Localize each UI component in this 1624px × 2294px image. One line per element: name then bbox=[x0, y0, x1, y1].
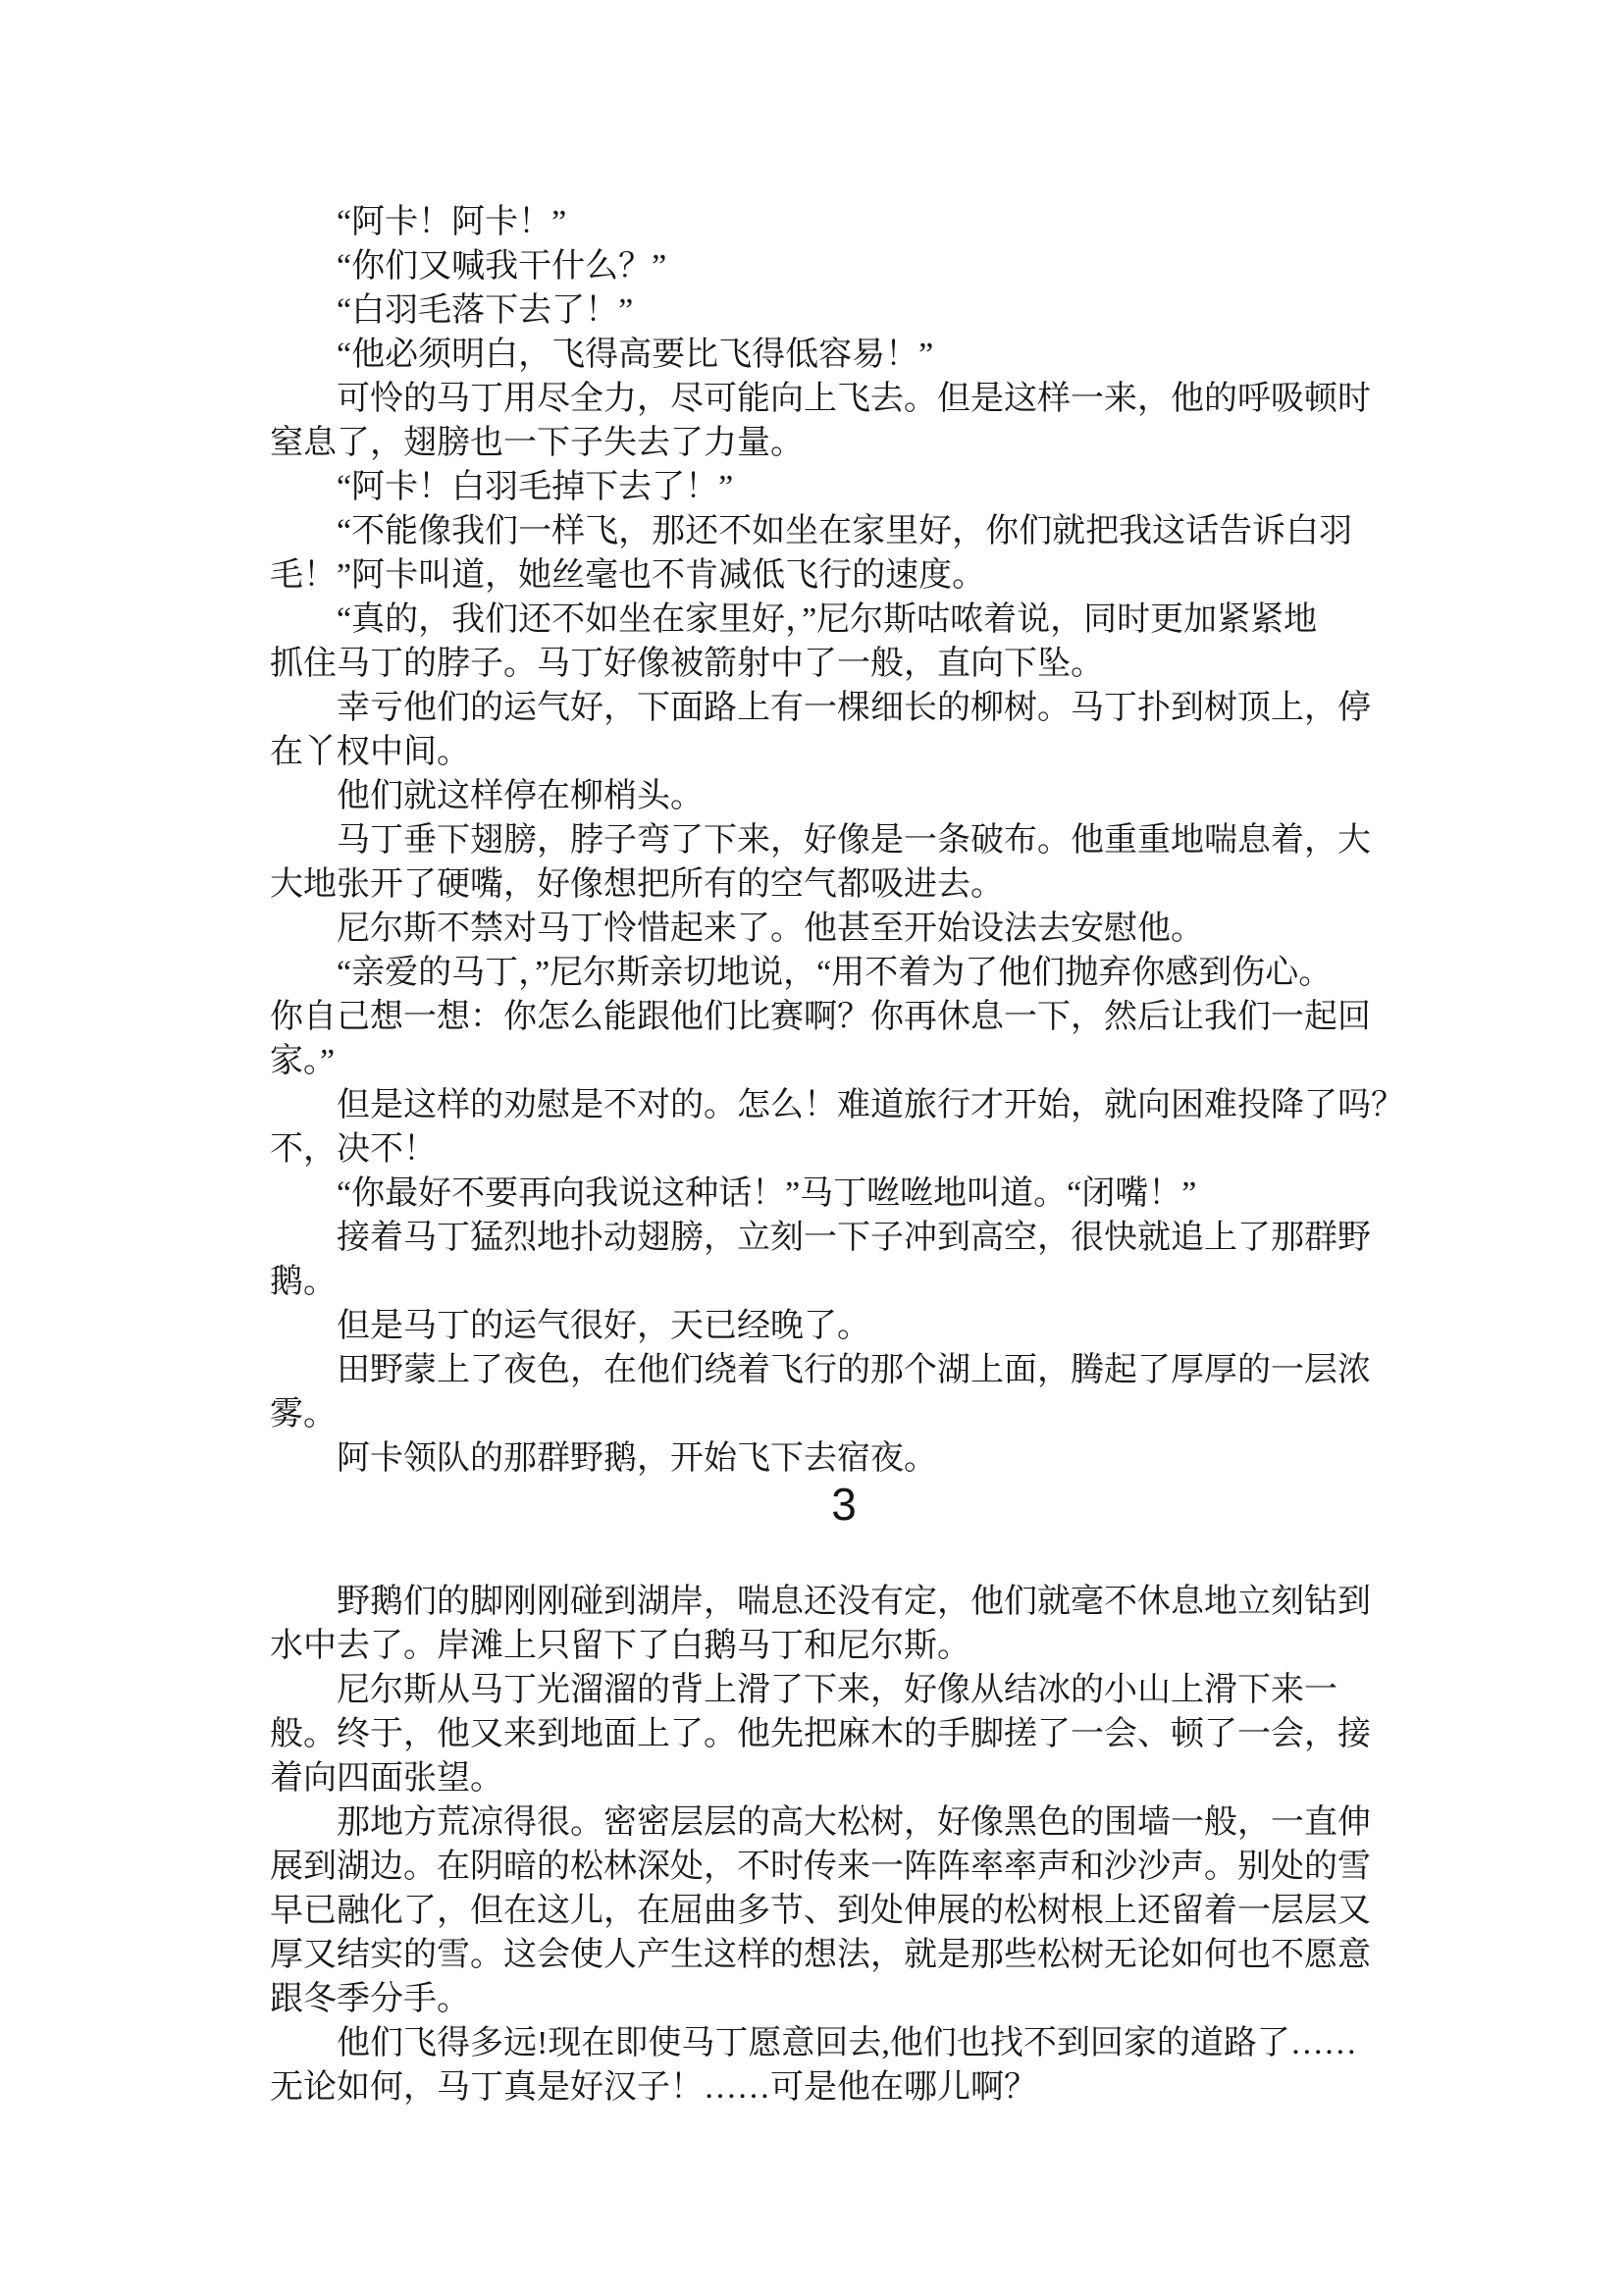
text-line: 跟冬季分手。 bbox=[270, 1977, 1418, 2021]
text-line: 但是这样的劝慰是不对的。怎么！难道旅行才开始，就向困难投降了吗？ bbox=[270, 1083, 1418, 1127]
text-line: 他们飞得多远!现在即使马丁愿意回去,他们也找不到回家的道路了…… bbox=[270, 2021, 1418, 2065]
text-line: “阿卡！阿卡！” bbox=[270, 200, 1418, 244]
text-line: 抓住马丁的脖子。马丁好像被箭射中了一般，直向下坠。 bbox=[270, 642, 1418, 686]
text-line: 幸亏他们的运气好，下面路上有一棵细长的柳树。马丁扑到树顶上，停 bbox=[270, 686, 1418, 730]
text-line: 尼尔斯从马丁光溜溜的背上滑了下来，好像从结冰的小山上滑下来一 bbox=[270, 1668, 1418, 1712]
text-line: 着向四面张望。 bbox=[270, 1756, 1418, 1800]
text-line: 厚又结实的雪。这会使人产生这样的想法，就是那些松树无论如何也不愿意 bbox=[270, 1933, 1418, 1977]
text-line: 般。终于，他又来到地面上了。他先把麻木的手脚搓了一会、顿了一会，接 bbox=[270, 1712, 1418, 1756]
paragraph-block-1: “阿卡！阿卡！”“你们又喊我干什么？”“白羽毛落下去了！”“他必须明白，飞得高要… bbox=[270, 200, 1418, 1481]
text-line: 马丁垂下翅膀，脖子弯了下来，好像是一条破布。他重重地喘息着，大 bbox=[270, 818, 1418, 862]
text-line: 接着马丁猛烈地扑动翅膀，立刻一下子冲到高空，很快就追上了那群野 bbox=[270, 1216, 1418, 1260]
text-line: 水中去了。岸滩上只留下了白鹅马丁和尼尔斯。 bbox=[270, 1624, 1418, 1668]
text-line: 展到湖边。在阴暗的松林深处，不时传来一阵阵率率声和沙沙声。别处的雪 bbox=[270, 1845, 1418, 1889]
text-line: 家。” bbox=[270, 1039, 1418, 1083]
text-line: 可怜的马丁用尽全力，尽可能向上飞去。但是这样一来，他的呼吸顿时 bbox=[270, 377, 1418, 421]
text-line: 在丫杈中间。 bbox=[270, 730, 1418, 774]
text-line: “白羽毛落下去了！” bbox=[270, 288, 1418, 333]
text-line: “你最好不要再向我说这种话！”马丁咝咝地叫道。“闭嘴！” bbox=[270, 1172, 1418, 1216]
text-line: “亲爱的马丁，”尼尔斯亲切地说，“用不着为了他们抛弃你感到伤心。 bbox=[270, 951, 1418, 995]
text-line: 不，决不！ bbox=[270, 1127, 1418, 1172]
document-page: “阿卡！阿卡！”“你们又喊我干什么？”“白羽毛落下去了！”“他必须明白，飞得高要… bbox=[0, 0, 1624, 2294]
text-line: 鹅。 bbox=[270, 1260, 1418, 1304]
text-line: 无论如何，马丁真是好汉子！……可是他在哪儿啊？ bbox=[270, 2065, 1418, 2110]
text-line: “真的，我们还不如坐在家里好，”尼尔斯咕哝着说，同时更加紧紧地 bbox=[270, 598, 1418, 642]
text-line: 窒息了，翅膀也一下子失去了力量。 bbox=[270, 421, 1418, 465]
text-line: 那地方荒凉得很。密密层层的高大松树，好像黑色的围墙一般，一直伸 bbox=[270, 1800, 1418, 1845]
text-line: 毛！”阿卡叫道，她丝毫也不肯减低飞行的速度。 bbox=[270, 553, 1418, 598]
text-line: 田野蒙上了夜色，在他们绕着飞行的那个湖上面，腾起了厚厚的一层浓 bbox=[270, 1348, 1418, 1392]
section-number: 3 bbox=[270, 1482, 1418, 1527]
text-line: 早已融化了，但在这儿，在屈曲多节、到处伸展的松树根上还留着一层层又 bbox=[270, 1889, 1418, 1933]
text-line: 野鹅们的脚刚刚碰到湖岸，喘息还没有定，他们就毫不休息地立刻钻到 bbox=[270, 1580, 1418, 1624]
text-line: 但是马丁的运气很好，天已经晚了。 bbox=[270, 1304, 1418, 1348]
text-line: 尼尔斯不禁对马丁怜惜起来了。他甚至开始设法去安慰他。 bbox=[270, 907, 1418, 951]
text-line: “他必须明白，飞得高要比飞得低容易！” bbox=[270, 333, 1418, 377]
text-line: 他们就这样停在柳梢头。 bbox=[270, 774, 1418, 818]
text-line: 阿卡领队的那群野鹅，开始飞下去宿夜。 bbox=[270, 1436, 1418, 1481]
paragraph-block-2: 野鹅们的脚刚刚碰到湖岸，喘息还没有定，他们就毫不休息地立刻钻到水中去了。岸滩上只… bbox=[270, 1580, 1418, 2110]
text-line: 你自己想一想：你怎么能跟他们比赛啊？你再休息一下，然后让我们一起回 bbox=[270, 995, 1418, 1039]
text-line: “阿卡！白羽毛掉下去了！” bbox=[270, 465, 1418, 509]
text-line: “你们又喊我干什么？” bbox=[270, 244, 1418, 288]
text-line: 大地张开了硬嘴，好像想把所有的空气都吸进去。 bbox=[270, 862, 1418, 907]
text-line: 雾。 bbox=[270, 1392, 1418, 1436]
text-line: “不能像我们一样飞，那还不如坐在家里好，你们就把我这话告诉白羽 bbox=[270, 509, 1418, 553]
